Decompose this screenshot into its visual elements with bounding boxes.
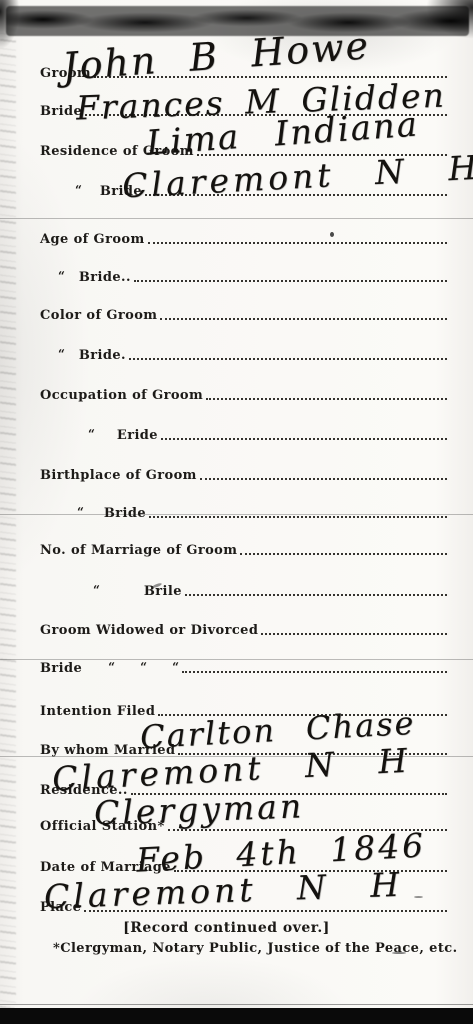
field-label-marr-bride: Brile [144, 585, 182, 598]
dotted-leader [261, 633, 447, 635]
field-label-bride-dittos: Bride [40, 662, 82, 675]
dotted-leader [185, 594, 447, 596]
ditto-mark: “ [93, 584, 100, 596]
dotted-leader [206, 398, 447, 400]
field-label-color-groom: Color of Groom [40, 309, 157, 322]
field-label-occ-groom: Occupation of Groom [40, 389, 203, 402]
record-continued-note: [Record continued over.] [0, 920, 453, 936]
scan-artifact-left-edge [0, 30, 16, 1008]
form-row-widowed: Groom Widowed or Divorced [40, 621, 447, 637]
handwritten-entry-official: Clergyman [93, 786, 304, 832]
dotted-leader [134, 280, 447, 282]
ditto-mark: “ [75, 184, 82, 196]
form-row-bride-dittos: Bride“ “ “ [40, 659, 447, 675]
field-label-marr-groom: No. of Marriage of Groom [40, 544, 237, 557]
dotted-leader [200, 478, 447, 480]
form-row-birth-bride: “Bride [40, 504, 447, 520]
dotted-leader [129, 358, 447, 360]
field-label-age-bride: Bride.. [79, 271, 131, 284]
faint-rule-line [0, 218, 473, 219]
form-row-marr-bride: “Brile [40, 582, 447, 598]
form-row-occ-groom: Occupation of Groom [40, 386, 447, 402]
form-row-occ-bride: “Eride [40, 426, 447, 442]
field-label-occ-bride: Eride [117, 429, 158, 442]
dotted-leader [149, 516, 447, 518]
faint-rule-line [0, 1004, 473, 1005]
ditto-mark: “ [77, 506, 84, 518]
dotted-leader [161, 438, 447, 440]
ditto-mark: “ [58, 348, 65, 360]
field-label-color-bride: Bride. [79, 349, 126, 362]
ditto-marks: “ “ “ [108, 661, 179, 673]
scan-artifact-corner-right [403, 0, 473, 50]
scanned-marriage-record: GroomJohn B HoweBrideFrances M GliddenRe… [0, 0, 473, 1024]
field-label-birth-bride: Bride [104, 507, 146, 520]
form-row-age-groom: Age of Groom [40, 230, 447, 246]
dotted-leader [160, 318, 447, 320]
form-row-color-bride: “Bride. [40, 346, 447, 362]
field-label-intention: Intention Filed [40, 705, 155, 718]
ditto-mark: “ [58, 270, 65, 282]
form-row-color-groom: Color of Groom [40, 306, 447, 322]
field-label-age-groom: Age of Groom [40, 233, 145, 246]
field-label-birth-groom: Birthplace of Groom [40, 469, 197, 482]
dotted-leader [148, 242, 447, 244]
scan-artifact-bottom-bar [0, 1008, 473, 1024]
dotted-leader [182, 671, 447, 673]
dotted-leader [240, 553, 447, 555]
form-row-birth-groom: Birthplace of Groom [40, 466, 447, 482]
form-row-marr-groom: No. of Marriage of Groom [40, 541, 447, 557]
official-station-footnote: *Clergyman, Notary Public, Justice of th… [53, 941, 458, 956]
field-label-widowed: Groom Widowed or Divorced [40, 624, 258, 637]
ditto-mark: “ [88, 428, 95, 440]
form-row-age-bride: “Bride.. [40, 268, 447, 284]
